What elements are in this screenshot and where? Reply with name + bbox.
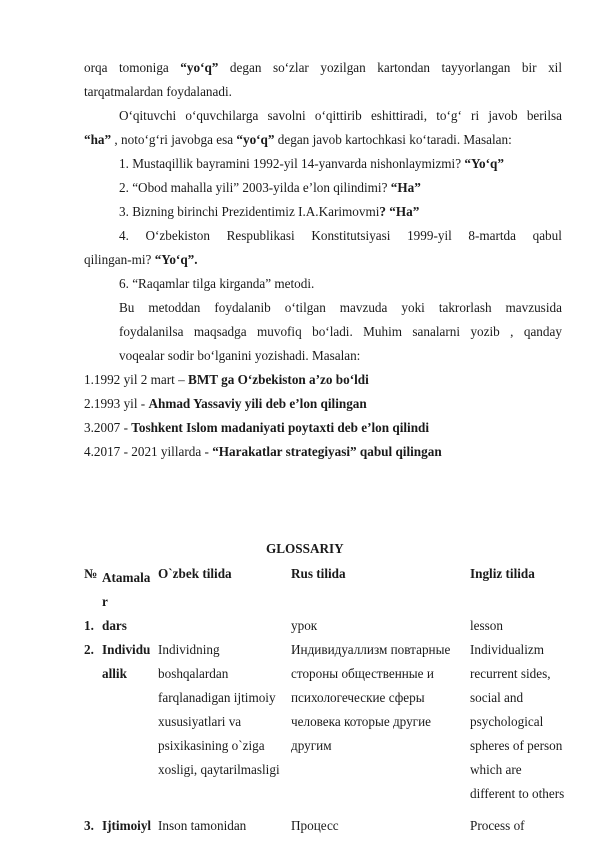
word: eshittiradi,: [371, 108, 427, 124]
cell-num: 3.: [84, 814, 94, 838]
method-line3: voqealar sodir bo‘lganini yozishadi. Mas…: [119, 348, 360, 364]
word: metoddan: [148, 300, 200, 316]
question-answer: ? “Ha”: [379, 204, 419, 219]
word: xil: [548, 60, 562, 76]
word: Respublikasi: [227, 228, 295, 244]
method-line1: Bumetoddanfoydalanibo‘tilganmavzudayokit…: [119, 300, 562, 316]
word: bo‘ladi.: [312, 324, 353, 340]
word: savolni: [268, 108, 306, 124]
word: foydalanib: [214, 300, 270, 316]
word: yozilgan: [320, 60, 365, 76]
word: takrorlash: [439, 300, 492, 316]
header-uzbek: O`zbek tilida: [158, 566, 232, 582]
cell-english: lesson: [470, 614, 503, 638]
cell-term: Individuallik: [102, 638, 150, 686]
paragraph1-line2: tarqatmalardan foydalanadi.: [84, 84, 232, 100]
answer-yoq: “yo‘q”: [236, 132, 274, 147]
header-num: №: [84, 566, 97, 582]
answer-ha: “ha”: [84, 132, 111, 147]
question-1: 1. Mustaqillik bayramini 1992-yil 14-yan…: [119, 156, 504, 172]
cell-term: Ijtimoiyl: [102, 814, 151, 838]
word: sanalarni: [412, 324, 460, 340]
word: ,: [510, 324, 513, 340]
word: o‘quvchilarga: [185, 108, 258, 124]
question-2: 2. “Obod mahalla yili” 2003-yilda e’lon …: [119, 180, 421, 196]
cell-russian: урок: [291, 614, 317, 638]
cell-russian: Индивидуаллизм повтарныестороны обществе…: [291, 638, 450, 758]
date-item-3: 3.2007 - Toshkent Islom madaniyati poyta…: [84, 420, 429, 436]
cell-english: Individualizmrecurrent sides,social andp…: [470, 638, 564, 806]
cell-uzbek: Individningboshqalardanfarqlanadigan ijt…: [158, 638, 280, 782]
word: kartondan: [377, 60, 430, 76]
word: o‘tilgan: [285, 300, 326, 316]
word: “yo‘q”: [180, 60, 218, 76]
cell-num: 1.: [84, 614, 94, 638]
word: tayyorlangan: [442, 60, 511, 76]
cell-russian: Процесс: [291, 814, 339, 838]
question-3: 3. Bizning birinchi Prezidentimiz I.A.Ka…: [119, 204, 419, 220]
question-answer: “Yo‘q”.: [155, 252, 198, 267]
question-4-line2: qilingan-mi? “Yo‘q”.: [84, 252, 198, 268]
method-line2: foydalanilsamaqsadgamuvofiqbo‘ladi.Muhim…: [119, 324, 562, 340]
cell-term: dars: [102, 614, 127, 638]
word: O‘zbekiston: [146, 228, 210, 244]
word: bir: [522, 60, 537, 76]
word: 4.: [119, 228, 129, 244]
word: maqsadga: [194, 324, 247, 340]
cell-uzbek: Inson tamonidan: [158, 814, 246, 838]
header-english: Ingliz tilida: [470, 566, 535, 582]
word: 8-martda: [468, 228, 516, 244]
glossary-title: GLOSSARIY: [266, 541, 344, 557]
paragraph2-line2: “ha” , noto‘g‘ri javobga esa “yo‘q” dega…: [84, 132, 512, 148]
question-answer: “Ha”: [391, 180, 421, 195]
word: to‘g‘: [436, 108, 462, 124]
word: 1999-yil: [407, 228, 452, 244]
word: yozib: [470, 324, 499, 340]
date-item-2: 2.1993 yil - Ahmad Yassaviy yili deb e’l…: [84, 396, 367, 412]
word: mavzusida: [506, 300, 562, 316]
word: Bu: [119, 300, 134, 316]
word: berilsa: [527, 108, 562, 124]
method-title: 6. “Raqamlar tilga kirganda” metodi.: [119, 276, 314, 292]
cell-num: 2.: [84, 638, 94, 662]
word: muvofiq: [257, 324, 302, 340]
word: qabul: [533, 228, 562, 244]
word: so‘zlar: [273, 60, 309, 76]
word: o‘qittirib: [315, 108, 362, 124]
date-item-1: 1.1992 yil 2 mart – BMT ga O‘zbekiston a…: [84, 372, 369, 388]
question-4-line1: 4.O‘zbekistonRespublikasiKonstitutsiyasi…: [119, 228, 562, 244]
word: O‘qituvchi: [119, 108, 176, 124]
word: foydalanilsa: [119, 324, 183, 340]
cell-english: Process of: [470, 814, 525, 838]
word: yoki: [401, 300, 424, 316]
word: javob: [488, 108, 517, 124]
word: Muhim: [363, 324, 402, 340]
word: Konstitutsiyasi: [311, 228, 390, 244]
word: degan: [230, 60, 262, 76]
question-answer: “Yo‘q”: [464, 156, 504, 171]
paragraph2-line1: O‘qituvchio‘quvchilargasavolnio‘qittirib…: [119, 108, 562, 124]
date-item-4: 4.2017 - 2021 yillarda - “Harakatlar str…: [84, 444, 442, 460]
word: ri: [471, 108, 479, 124]
word: mavzuda: [340, 300, 388, 316]
header-russian: Rus tilida: [291, 566, 346, 582]
word: tomoniga: [119, 60, 169, 76]
word: orqa: [84, 60, 107, 76]
word: qanday: [524, 324, 562, 340]
header-term: Atamala r: [102, 566, 150, 614]
paragraph1-line1: orqatomoniga“yo‘q”deganso‘zlaryozilganka…: [84, 60, 562, 76]
